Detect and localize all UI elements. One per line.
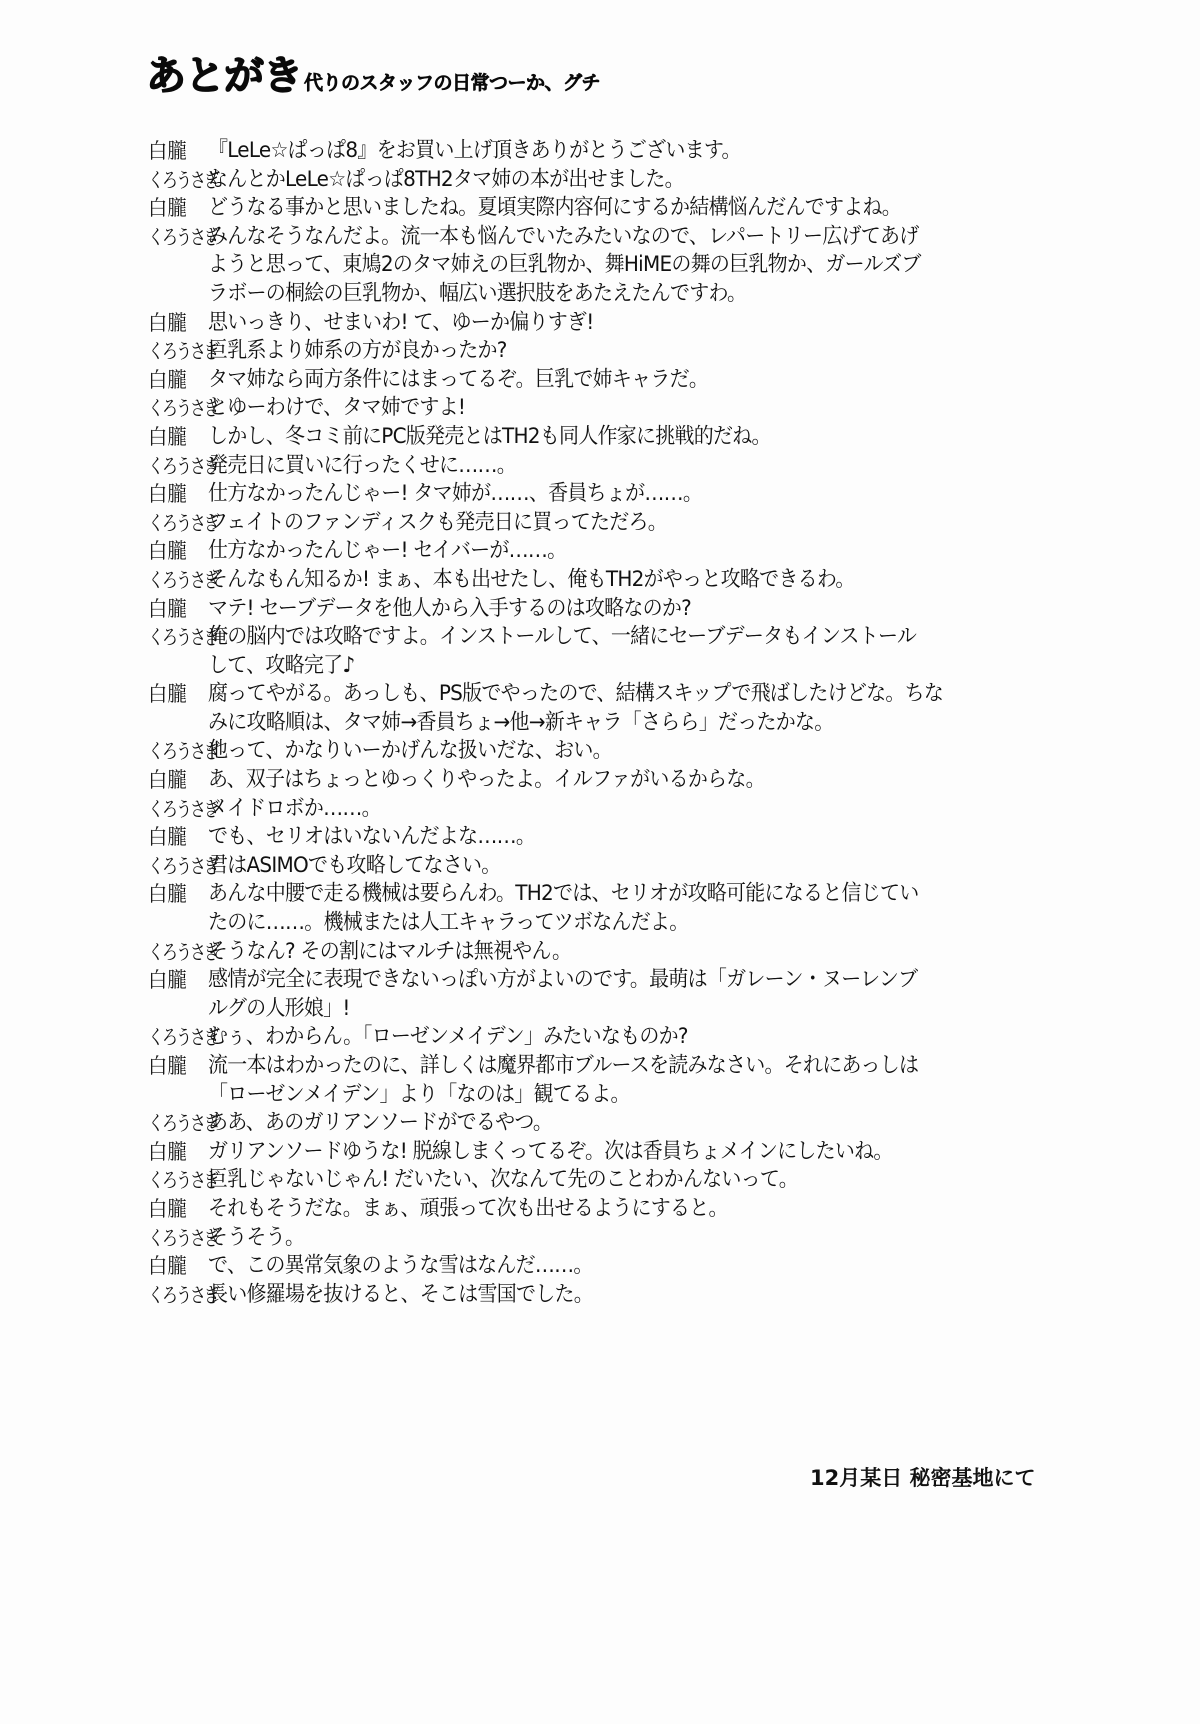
dialogue-row: くろうさぎとゆーわけで、タマ姉ですよ! [148, 394, 1088, 423]
speaker-name: 白朧 [148, 423, 187, 451]
speaker-name: 白朧 [148, 823, 187, 851]
dialogue-row: 「ローゼンメイデン」より「なのは」観てるよ。 [148, 1081, 1088, 1110]
dialogue-text: なんとかLeLe☆ぱっぱ8TH2タマ姉の本が出せました。 [208, 166, 684, 194]
dialogue-row: ようと思って、東鳩2のタマ姉えの巨乳物か、舞HiMEの舞の巨乳物か、ガールズブ [148, 251, 1088, 280]
dialogue-text: あんな中腰で走る機械は要らんわ。TH2では、セリオが攻略可能になると信じてい [208, 880, 919, 908]
dialogue-row: 白朧タマ姉なら両方条件にはまってるぞ。巨乳で姉キャラだ。 [148, 366, 1088, 395]
dialogue-text: 俺の脳内では攻略ですよ。インストールして、一緒にセーブデータもインストール [208, 623, 916, 651]
dialogue-row: 白朧ガリアンソードゆうな! 脱線しまくってるぞ。次は香員ちょメインにしたいね。 [148, 1138, 1088, 1167]
dialogue-row: 白朧流一本はわかったのに、詳しくは魔界都市ブルースを読みなさい。それにあっしは [148, 1052, 1088, 1081]
dialogue-row: くろうさぎみんなそうなんだよ。流一本も悩んでいたみたいなので、レパートリー広げて… [148, 223, 1088, 252]
dialogue-text: タマ姉なら両方条件にはまってるぞ。巨乳で姉キャラだ。 [208, 366, 708, 394]
dialogue-text: そうそう。 [208, 1224, 304, 1252]
dialogue-row: して、攻略完了♪ [148, 652, 1088, 681]
speaker-name: 白朧 [148, 537, 187, 565]
dialogue-row: くろうさぎああ、あのガリアンソードがでるやつ。 [148, 1109, 1088, 1138]
speaker-name: 白朧 [148, 1195, 187, 1223]
title-main: あとがき [146, 53, 302, 99]
dialogue-row: たのに……。機械または人工キャラってツボなんだよ。 [148, 909, 1088, 938]
dialogue-row: 白朧あ、双子はちょっとゆっくりやったよ。イルファがいるからな。 [148, 766, 1088, 795]
dialogue-text: マテ! セーブデータを他人から入手するのは攻略なのか? [208, 595, 691, 623]
dialogue-row: くろうさぎそうなん? その割にはマルチは無視やん。 [148, 938, 1088, 967]
dialogue-row: 白朧マテ! セーブデータを他人から入手するのは攻略なのか? [148, 595, 1088, 624]
dialogue-row: くろうさぎなんとかLeLe☆ぱっぱ8TH2タマ姉の本が出せました。 [148, 166, 1088, 195]
dialogue-text: 流一本はわかったのに、詳しくは魔界都市ブルースを読みなさい。それにあっしは [208, 1052, 918, 1080]
dialogue-text: 思いっきり、せまいわ! て、ゆーか偏りすぎ! [208, 309, 594, 337]
dialogue-text: そうなん? その割にはマルチは無視やん。 [208, 938, 571, 966]
dialogue-row: ラボーの桐絵の巨乳物か、幅広い選択肢をあたえたんですわ。 [148, 280, 1088, 309]
dialogue-text: して、攻略完了♪ [208, 652, 354, 680]
speaker-name: 白朧 [148, 1052, 187, 1080]
speaker-name: 白朧 [148, 595, 187, 623]
dialogue-text: ルグの人形娘」! [208, 995, 350, 1023]
dialogue-row: くろうさぎ俺の脳内では攻略ですよ。インストールして、一緒にセーブデータもインスト… [148, 623, 1088, 652]
dialogue-text: 君はASIMOでも攻略してなさい。 [208, 852, 501, 880]
dialogue-text: フェイトのファンディスクも発売日に買ってただろ。 [208, 509, 667, 537]
dialogue-text: ラボーの桐絵の巨乳物か、幅広い選択肢をあたえたんですわ。 [208, 280, 746, 308]
dialogue-text: でも、セリオはいないんだよな……。 [208, 823, 535, 851]
dialogue-row: くろうさぎ君はASIMOでも攻略してなさい。 [148, 852, 1088, 881]
dialogue-text: 発売日に買いに行ったくせに……。 [208, 452, 516, 480]
speaker-name: 白朧 [148, 1138, 187, 1166]
dialogue-row: くろうさぎ巨乳系より姉系の方が良かったか? [148, 337, 1088, 366]
dialogue-row: 白朧あんな中腰で走る機械は要らんわ。TH2では、セリオが攻略可能になると信じてい [148, 880, 1088, 909]
dialogue-text: ああ、あのガリアンソードがでるやつ。 [208, 1109, 552, 1137]
dialogue-text: 腐ってやがる。あっしも、PS版でやったので、結構スキップで飛ばしたけどな。ちな [208, 680, 943, 708]
dialogue-row: 白朧仕方なかったんじゃー! タマ姉が……、香員ちょが……。 [148, 480, 1088, 509]
afterword-page: あとがき代りのスタッフの日常つーか、グチ 白朧『LeLe☆ぱっぱ8』をお買い上げ… [0, 0, 1200, 1724]
speaker-name: 白朧 [148, 1252, 187, 1280]
dialogue-text: 仕方なかったんじゃー! タマ姉が……、香員ちょが……。 [208, 480, 702, 508]
speaker-name: 白朧 [148, 880, 187, 908]
dialogue-row: 白朧思いっきり、せまいわ! て、ゆーか偏りすぎ! [148, 309, 1088, 338]
dialogue-text: 仕方なかったんじゃー! セイバーが……。 [208, 537, 566, 565]
dialogue-row: 白朧で、この異常気象のような雪はなんだ……。 [148, 1252, 1088, 1281]
dialogue-row: くろうさぎそんなもん知るか! まぁ、本も出せたし、俺もTH2がやっと攻略できるわ… [148, 566, 1088, 595]
dialogue-row: みに攻略順は、タマ姉→香員ちょ→他→新キャラ「さらら」だったかな。 [148, 709, 1088, 738]
speaker-name: 白朧 [148, 766, 187, 794]
dialogue-text: それもそうだな。まぁ、頑張って次も出せるようにすると。 [208, 1195, 728, 1223]
dialogue-row: 白朧『LeLe☆ぱっぱ8』をお買い上げ頂きありがとうございます。 [148, 137, 1088, 166]
dialogue-row: 白朧どうなる事かと思いましたね。夏頃実際内容何にするか結構悩んだんですよね。 [148, 194, 1088, 223]
speaker-name: 白朧 [148, 680, 187, 708]
dialogue-text: ガリアンソードゆうな! 脱線しまくってるぞ。次は香員ちょメインにしたいね。 [208, 1138, 893, 1166]
speaker-name: 白朧 [148, 366, 187, 394]
dialogue-row: 白朧仕方なかったんじゃー! セイバーが……。 [148, 537, 1088, 566]
dialogue-row: くろうさぎフェイトのファンディスクも発売日に買ってただろ。 [148, 509, 1088, 538]
dialogue-text: 巨乳じゃないじゃん! だいたい、次なんて先のことわかんないって。 [208, 1166, 798, 1194]
dialogue-list: 白朧『LeLe☆ぱっぱ8』をお買い上げ頂きありがとうございます。くろうさぎなんと… [148, 137, 1088, 1309]
speaker-name: 白朧 [148, 966, 187, 994]
speaker-name: 白朧 [148, 309, 187, 337]
dialogue-text: しかし、冬コミ前にPC版発売とはTH2も同人作家に挑戦的だね。 [208, 423, 771, 451]
dialogue-text: で、この異常気象のような雪はなんだ……。 [208, 1252, 593, 1280]
dialogue-text: むぅ、わからん。「ローゼンメイデン」みたいなものか? [208, 1023, 688, 1051]
dialogue-row: 白朧しかし、冬コミ前にPC版発売とはTH2も同人作家に挑戦的だね。 [148, 423, 1088, 452]
dialogue-row: くろうさぎ巨乳じゃないじゃん! だいたい、次なんて先のことわかんないって。 [148, 1166, 1088, 1195]
signature-dateline: 12月某日 秘密基地にて [810, 1462, 1036, 1492]
speaker-name: 白朧 [148, 137, 187, 165]
dialogue-text: あ、双子はちょっとゆっくりやったよ。イルファがいるからな。 [208, 766, 765, 794]
dialogue-text: ようと思って、東鳩2のタマ姉えの巨乳物か、舞HiMEの舞の巨乳物か、ガールズブ [208, 251, 921, 279]
dialogue-text: 『LeLe☆ぱっぱ8』をお買い上げ頂きありがとうございます。 [208, 137, 741, 165]
dialogue-text: どうなる事かと思いましたね。夏頃実際内容何にするか結構悩んだんですよね。 [208, 194, 901, 222]
dialogue-text: メイドロボか……。 [208, 795, 381, 823]
dialogue-text: とゆーわけで、タマ姉ですよ! [208, 394, 465, 422]
title-subtitle: 代りのスタッフの日常つーか、グチ [304, 72, 600, 94]
dialogue-row: 白朧腐ってやがる。あっしも、PS版でやったので、結構スキップで飛ばしたけどな。ち… [148, 680, 1088, 709]
dialogue-row: くろうさぎ他って、かなりいーかげんな扱いだな、おい。 [148, 737, 1088, 766]
dialogue-text: 他って、かなりいーかげんな扱いだな、おい。 [208, 737, 612, 765]
dialogue-row: くろうさぎそうそう。 [148, 1224, 1088, 1253]
afterword-title: あとがき代りのスタッフの日常つーか、グチ [146, 56, 600, 96]
dialogue-row: ルグの人形娘」! [148, 995, 1088, 1024]
speaker-name: 白朧 [148, 194, 187, 222]
dialogue-row: 白朧でも、セリオはいないんだよな……。 [148, 823, 1088, 852]
dialogue-row: くろうさぎ長い修羅場を抜けると、そこは雪国でした。 [148, 1281, 1088, 1310]
speaker-name: 白朧 [148, 480, 187, 508]
dialogue-row: 白朧それもそうだな。まぁ、頑張って次も出せるようにすると。 [148, 1195, 1088, 1224]
dialogue-text: みんなそうなんだよ。流一本も悩んでいたみたいなので、レパートリー広げてあげ [208, 223, 919, 251]
dialogue-text: みに攻略順は、タマ姉→香員ちょ→他→新キャラ「さらら」だったかな。 [208, 709, 834, 737]
dialogue-text: 長い修羅場を抜けると、そこは雪国でした。 [208, 1281, 593, 1309]
dialogue-text: たのに……。機械または人工キャラってツボなんだよ。 [208, 909, 688, 937]
dialogue-text: 「ローゼンメイデン」より「なのは」観てるよ。 [208, 1081, 630, 1109]
dialogue-row: くろうさぎ発売日に買いに行ったくせに……。 [148, 452, 1088, 481]
dialogue-text: 巨乳系より姉系の方が良かったか? [208, 337, 507, 365]
dialogue-row: くろうさぎメイドロボか……。 [148, 795, 1088, 824]
dialogue-row: 白朧感情が完全に表現できないっぽい方がよいのです。最萌は「ガレーン・ヌーレンブ [148, 966, 1088, 995]
dialogue-text: そんなもん知るか! まぁ、本も出せたし、俺もTH2がやっと攻略できるわ。 [208, 566, 855, 594]
dialogue-text: 感情が完全に表現できないっぽい方がよいのです。最萌は「ガレーン・ヌーレンブ [208, 966, 917, 994]
dialogue-row: くろうさぎむぅ、わからん。「ローゼンメイデン」みたいなものか? [148, 1023, 1088, 1052]
